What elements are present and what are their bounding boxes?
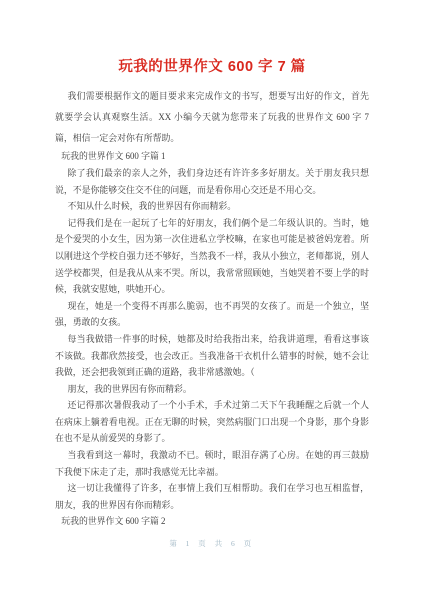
essay-1-paragraph-6: 朋友，我的世界因有你而精彩。 [55,381,369,398]
essay-1-paragraph-9: 这一切让我懂得了许多，在事情上我们互相帮助。我们在学习也互相监督，朋友，我的世界… [55,480,369,513]
essay-1-heading: 玩我的世界作文 600 字篇 1 [55,148,369,165]
essay-1-paragraph-7: 还记得那次暑假我动了一个小手术，手术过第二天下午我睡醒之后就一个人在病床上躺着看… [55,397,369,447]
essay-2-heading: 玩我的世界作文 600 字篇 2 [55,513,369,530]
essay-1-paragraph-4: 现在，她是一个变得不再那么脆弱，也不再哭的女孩了。而是一个独立，坚强，勇敢的女孩… [55,298,369,331]
essay-1-paragraph-2: 不知从什么时候，我的世界因有你而精彩。 [55,198,369,215]
document-page: 玩我的世界作文 600 字 7 篇 我们需要根据作文的题目要求来完成作文的书写，… [0,0,424,600]
page-footer: 第 1 页 共 6 页 [55,539,369,549]
essay-1-paragraph-8: 当我看到这一幕时，我激动不已。顿时，眼泪存满了心房。在她的再三鼓励下我便下床走了… [55,447,369,480]
page-title: 玩我的世界作文 600 字 7 篇 [55,57,369,77]
essay-content: 玩我的世界作文 600 字篇 1 除了我们最亲的亲人之外，我们身边还有许许多多好… [55,148,369,530]
essay-1-paragraph-3: 记得我们是在一起玩了七年的好朋友，我们俩个是二年级认识的。当时，她是个爱哭的小女… [55,215,369,298]
essay-1-paragraph-5: 每当我做错一件事的时候，她都及时给我指出来，给我讲道理，看看这事该不该做。我都欣… [55,331,369,381]
essay-1-paragraph-1: 除了我们最亲的亲人之外，我们身边还有许许多多好朋友。关于朋友我只想说，不是你能够… [55,165,369,198]
intro-paragraph: 我们需要根据作文的题目要求来完成作文的书写，想要写出好的作文，首先就要学会认真观… [55,86,369,148]
